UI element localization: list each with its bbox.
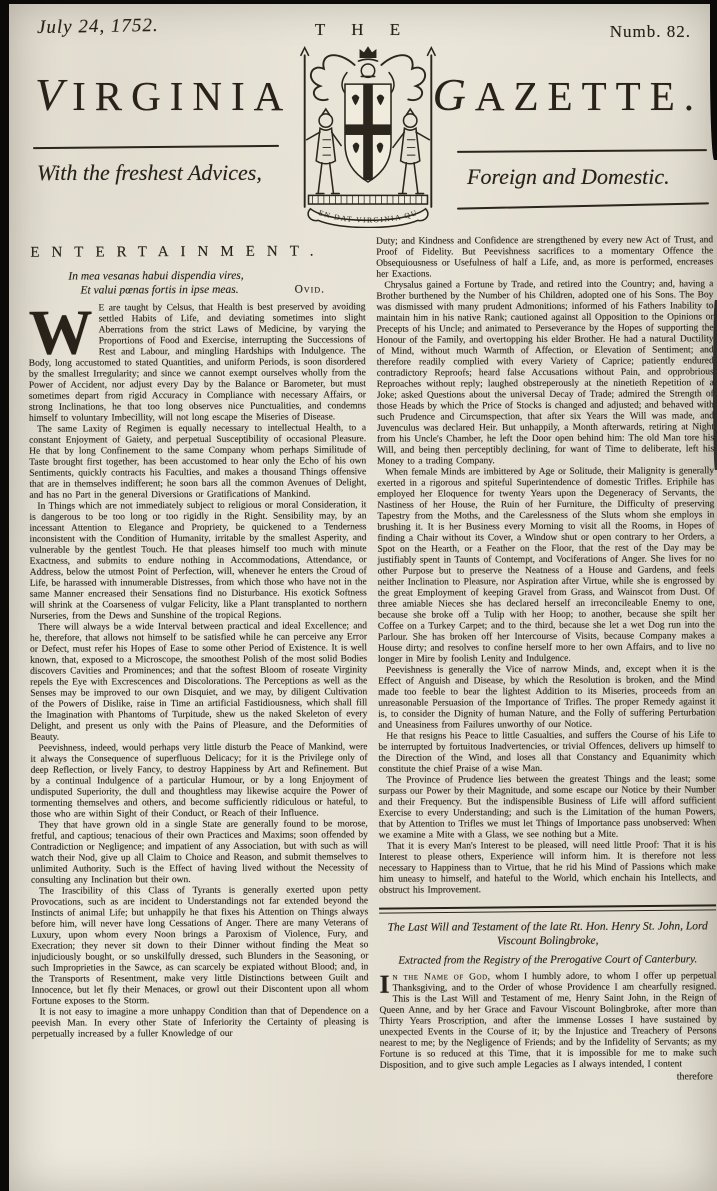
- scan-edge-right-top: [710, 0, 717, 160]
- masthead-title-virginia: VIRGINIA: [35, 68, 292, 121]
- epigraph-line2: Et valui pœnas fortis in ipse meas.Ovid.: [80, 282, 365, 297]
- masthead-rule-right-bottom: [457, 202, 709, 209]
- article-paragraph: They that have grown old in a single Sta…: [31, 819, 368, 886]
- article-paragraph: In Things which are not immediately subj…: [29, 500, 367, 622]
- column-right: Duty; and Kindness and Confidence are st…: [376, 235, 717, 1083]
- masthead-rule-right-top: [457, 149, 707, 153]
- masthead-subtitle-right: Foreign and Domestic.: [467, 164, 670, 190]
- newspaper-page: July 24, 1752. T H E Numb. 82. VIRGINIA …: [9, 4, 717, 1191]
- section-heading-entertainment: ENTERTAINMENT.: [30, 243, 365, 261]
- article-paragraph: The Irascibility of this Class of Tyrant…: [31, 885, 369, 1007]
- section-divider-rule: [379, 904, 716, 913]
- masthead-rule-left: [33, 145, 279, 149]
- article-paragraph: It is not easy to imagine a more unhappy…: [32, 1006, 369, 1040]
- article-paragraph: There will always be a wide Interval bet…: [30, 621, 368, 743]
- scan-edge-right-middle: [713, 300, 717, 470]
- article-paragraph: He that resigns his Peace to little Casu…: [378, 730, 715, 775]
- paragraph-text: whom I humbly adore, to whom I offer up …: [380, 971, 717, 1070]
- article-paragraph: Duty; and Kindness and Confidence are st…: [376, 235, 713, 280]
- article-paragraph: Peevishness, indeed, would perhaps very …: [30, 742, 367, 820]
- will-opening: n the Name of God,: [392, 972, 490, 982]
- article-paragraph: When female Minds are imbittered by Age …: [377, 466, 715, 665]
- scan-edge-top: [0, 0, 717, 4]
- drop-cap-letter: W: [29, 303, 99, 357]
- drop-cap-letter: I: [379, 973, 392, 996]
- will-heading: The Last Will and Testament of the late …: [379, 919, 716, 948]
- coat-of-arms-icon: EN DAT VIRGINIA QUARTAM: [291, 40, 445, 228]
- will-paragraph: In the Name of God, whom I humbly adore,…: [379, 971, 716, 1071]
- epigraph-attribution: Ovid.: [295, 283, 325, 295]
- article-paragraph: Chrysalus gained a Fortune by Trade, and…: [376, 279, 714, 467]
- article-paragraph: Peevishness is generally the Vice of nar…: [378, 664, 715, 731]
- will-subheading: Extracted from the Registry of the Prero…: [379, 953, 716, 966]
- article-paragraph: The same Laxity of Regimen is equally ne…: [29, 423, 366, 501]
- catchword: therefore: [380, 1071, 713, 1083]
- epigraph-line1: In mea vesanas habui dispendia vires,: [68, 268, 365, 283]
- masthead-subtitle-left: With the freshest Advices,: [37, 160, 262, 186]
- column-left: ENTERTAINMENT. In mea vesanas habui disp…: [28, 243, 368, 1040]
- issue-number: Numb. 82.: [610, 22, 691, 42]
- masthead-title-gazette: GAZETTE.: [433, 68, 703, 121]
- article-paragraph: WE are taught by Celsus, that Health is …: [29, 302, 367, 424]
- article-paragraph: That it is every Man's Interest to be pl…: [379, 840, 716, 896]
- scan-edge-left: [0, 0, 9, 1191]
- epigraph: In mea vesanas habui dispendia vires, Et…: [68, 268, 365, 297]
- article-paragraph: The Province of Prudence lies between th…: [379, 774, 716, 841]
